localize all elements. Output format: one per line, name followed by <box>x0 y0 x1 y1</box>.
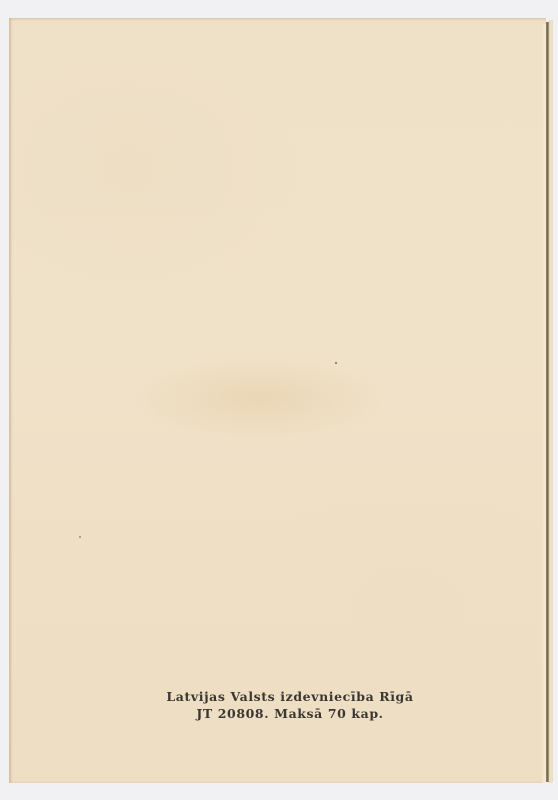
back-cover-page <box>9 18 546 783</box>
publisher-imprint: Latvijas Valsts izdevniecība Rīgā JT 208… <box>160 688 420 722</box>
catalog-price-line: JT 20808. Maksā 70 kap. <box>160 705 420 722</box>
paper-speck <box>79 536 81 538</box>
publisher-line: Latvijas Valsts izdevniecība Rīgā <box>160 688 420 705</box>
paper-speck <box>335 362 337 364</box>
spine-edge <box>549 20 553 783</box>
